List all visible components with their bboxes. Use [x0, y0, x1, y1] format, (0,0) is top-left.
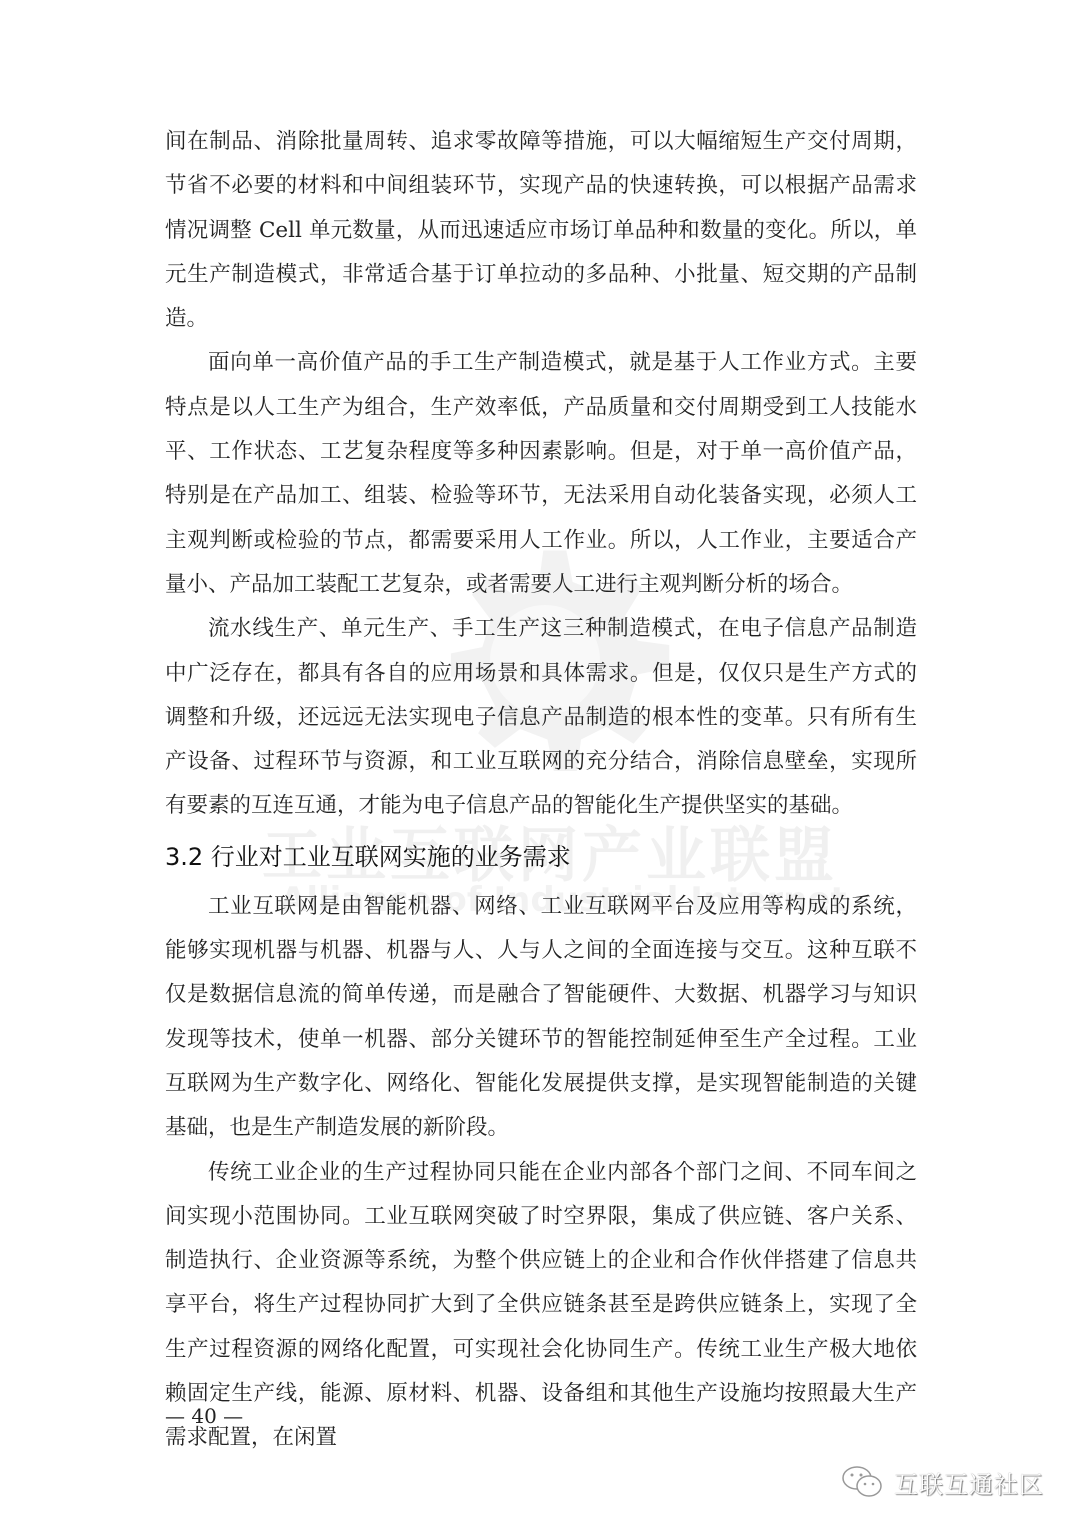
document-page: 工业互联网产业联盟 Alliance of Industrial Interne…: [0, 0, 1080, 1527]
paragraph: 间在制品、消除批量周转、追求零故障等措施，可以大幅缩短生产交付周期，节省不必要的…: [165, 120, 917, 341]
section-heading: 3.2 行业对工业互联网实施的业务需求: [165, 829, 917, 885]
document-body: 间在制品、消除批量周转、追求零故障等措施，可以大幅缩短生产交付周期，节省不必要的…: [165, 120, 917, 1461]
wechat-account-badge: 互联互通社区: [840, 1463, 1044, 1501]
page-number: — 40 —: [165, 1404, 243, 1428]
wechat-icon: [840, 1463, 886, 1501]
paragraph: 流水线生产、单元生产、手工生产这三种制造模式，在电子信息产品制造中广泛存在，都具…: [165, 607, 917, 828]
paragraph: 面向单一高价值产品的手工生产制造模式，就是基于人工作业方式。主要特点是以人工生产…: [165, 341, 917, 607]
wechat-account-name: 互联互通社区: [894, 1465, 1044, 1500]
paragraph: 传统工业企业的生产过程协同只能在企业内部各个部门之间、不同车间之间实现小范围协同…: [165, 1151, 917, 1461]
paragraph: 工业互联网是由智能机器、网络、工业互联网平台及应用等构成的系统，能够实现机器与机…: [165, 885, 917, 1151]
